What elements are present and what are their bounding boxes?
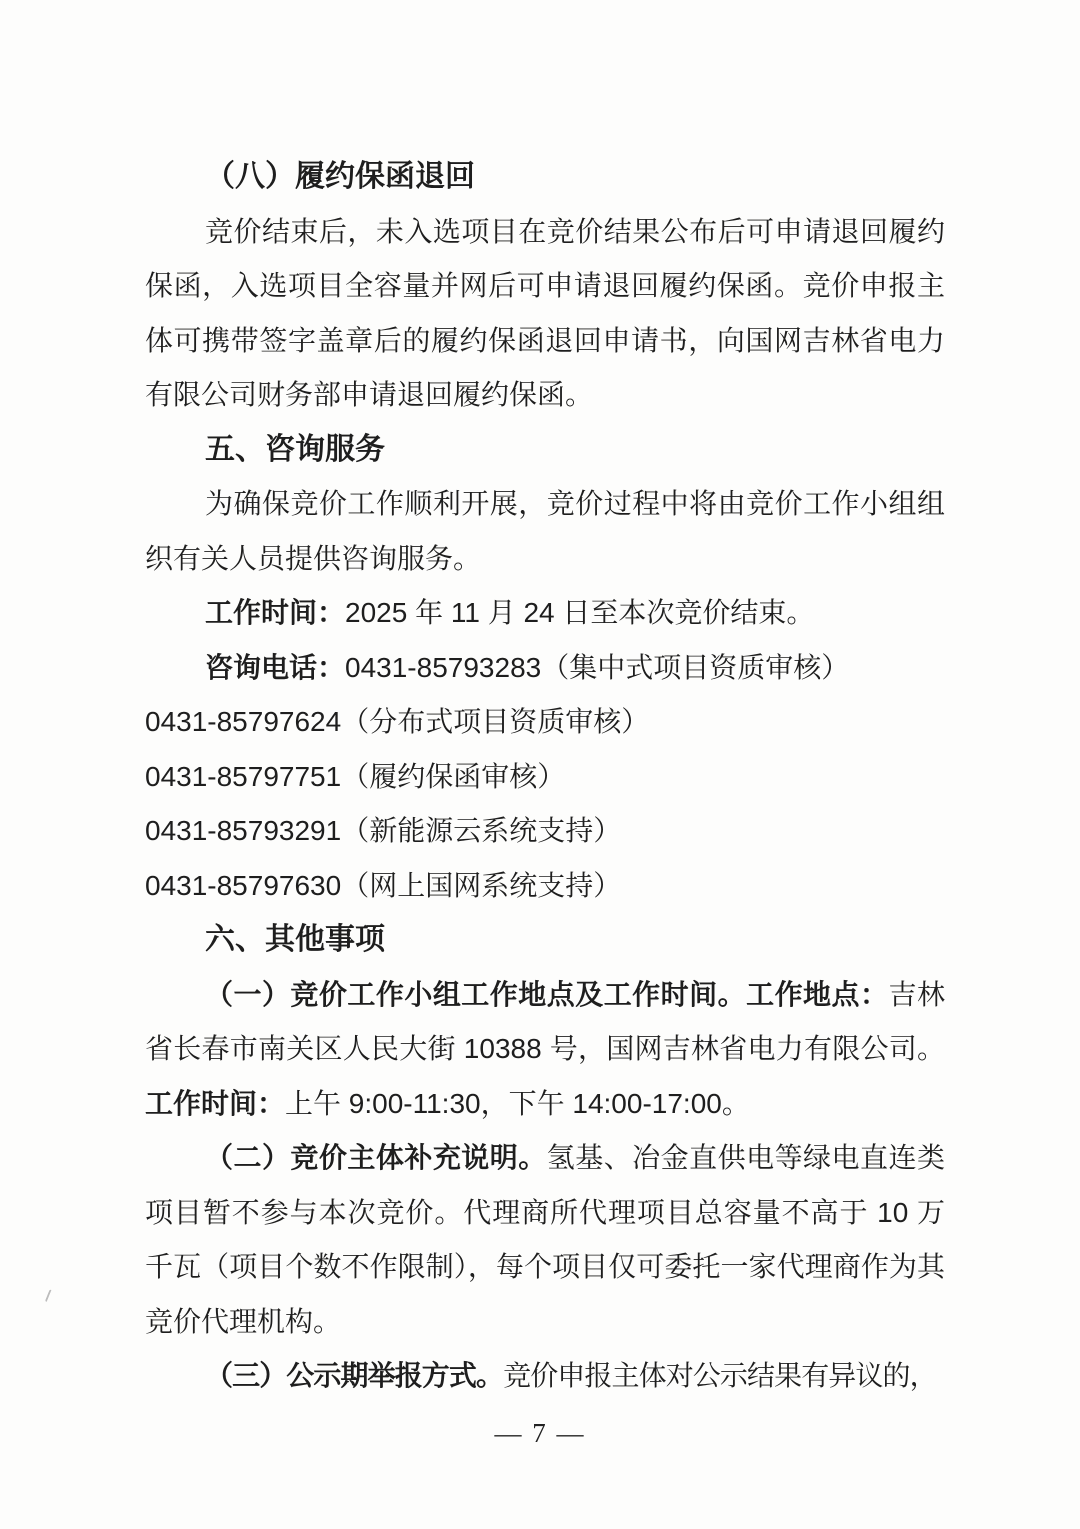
phone-label: 咨询电话：: [205, 652, 345, 683]
section-8-heading: （八）履约保函退回: [145, 150, 945, 205]
section-6-item-3: （三）公示期举报方式。竞价申报主体对公示结果有异议的，: [145, 1349, 945, 1404]
document-content: （八）履约保函退回 竞价结束后，未入选项目在竞价结果公布后可申请退回履约保函，入…: [145, 150, 945, 1404]
scan-artifact: [45, 1289, 56, 1304]
work-time-line: 工作时间：2025 年 11 月 24 日至本次竞价结束。: [145, 586, 945, 641]
phone-value-5: 0431-85797630（网上国网系统支持）: [145, 859, 945, 914]
section-5-heading: 五、咨询服务: [145, 423, 945, 478]
item-1-worktime-value: 上午 9:00-11:30，下午 14:00-17:00。: [285, 1088, 750, 1119]
section-6-heading: 六、其他事项: [145, 913, 945, 968]
phone-block: 咨询电话：0431-85793283（集中式项目资质审核） 0431-85797…: [145, 641, 945, 914]
item-3-text: 竞价申报主体对公示结果有异议的，: [503, 1360, 937, 1391]
work-time-value: 2025 年 11 月 24 日至本次竞价结束。: [345, 597, 814, 628]
item-1-title: （一）竞价工作小组工作地点及工作时间。工作地点：: [205, 979, 889, 1010]
section-5-paragraph: 为确保竞价工作顺利开展，竞价过程中将由竞价工作小组组织有关人员提供咨询服务。: [145, 477, 945, 586]
section-8-paragraph: 竞价结束后，未入选项目在竞价结果公布后可申请退回履约保函，入选项目全容量并网后可…: [145, 205, 945, 423]
item-3-title: （三）公示期举报方式。: [205, 1360, 503, 1391]
phone-value-4: 0431-85793291（新能源云系统支持）: [145, 804, 945, 859]
phone-value-2: 0431-85797624（分布式项目资质审核）: [145, 695, 945, 750]
page-number: — 7 —: [0, 1418, 1080, 1449]
work-time-label: 工作时间：: [205, 597, 345, 628]
phone-value-3: 0431-85797751（履约保函审核）: [145, 750, 945, 805]
item-1-worktime-label: 工作时间：: [145, 1088, 285, 1119]
document-page: （八）履约保函退回 竞价结束后，未入选项目在竞价结果公布后可申请退回履约保函，入…: [0, 0, 1080, 1529]
section-6-item-2: （二）竞价主体补充说明。氢基、冶金直供电等绿电直连类项目暂不参与本次竞价。代理商…: [145, 1131, 945, 1349]
phone-value-1: 0431-85793283（集中式项目资质审核）: [345, 652, 849, 683]
section-6-item-1: （一）竞价工作小组工作地点及工作时间。工作地点：吉林省长春市南关区人民大街 10…: [145, 968, 945, 1132]
item-2-title: （二）竞价主体补充说明。: [205, 1142, 547, 1173]
phone-line-first: 咨询电话：0431-85793283（集中式项目资质审核）: [145, 641, 945, 696]
